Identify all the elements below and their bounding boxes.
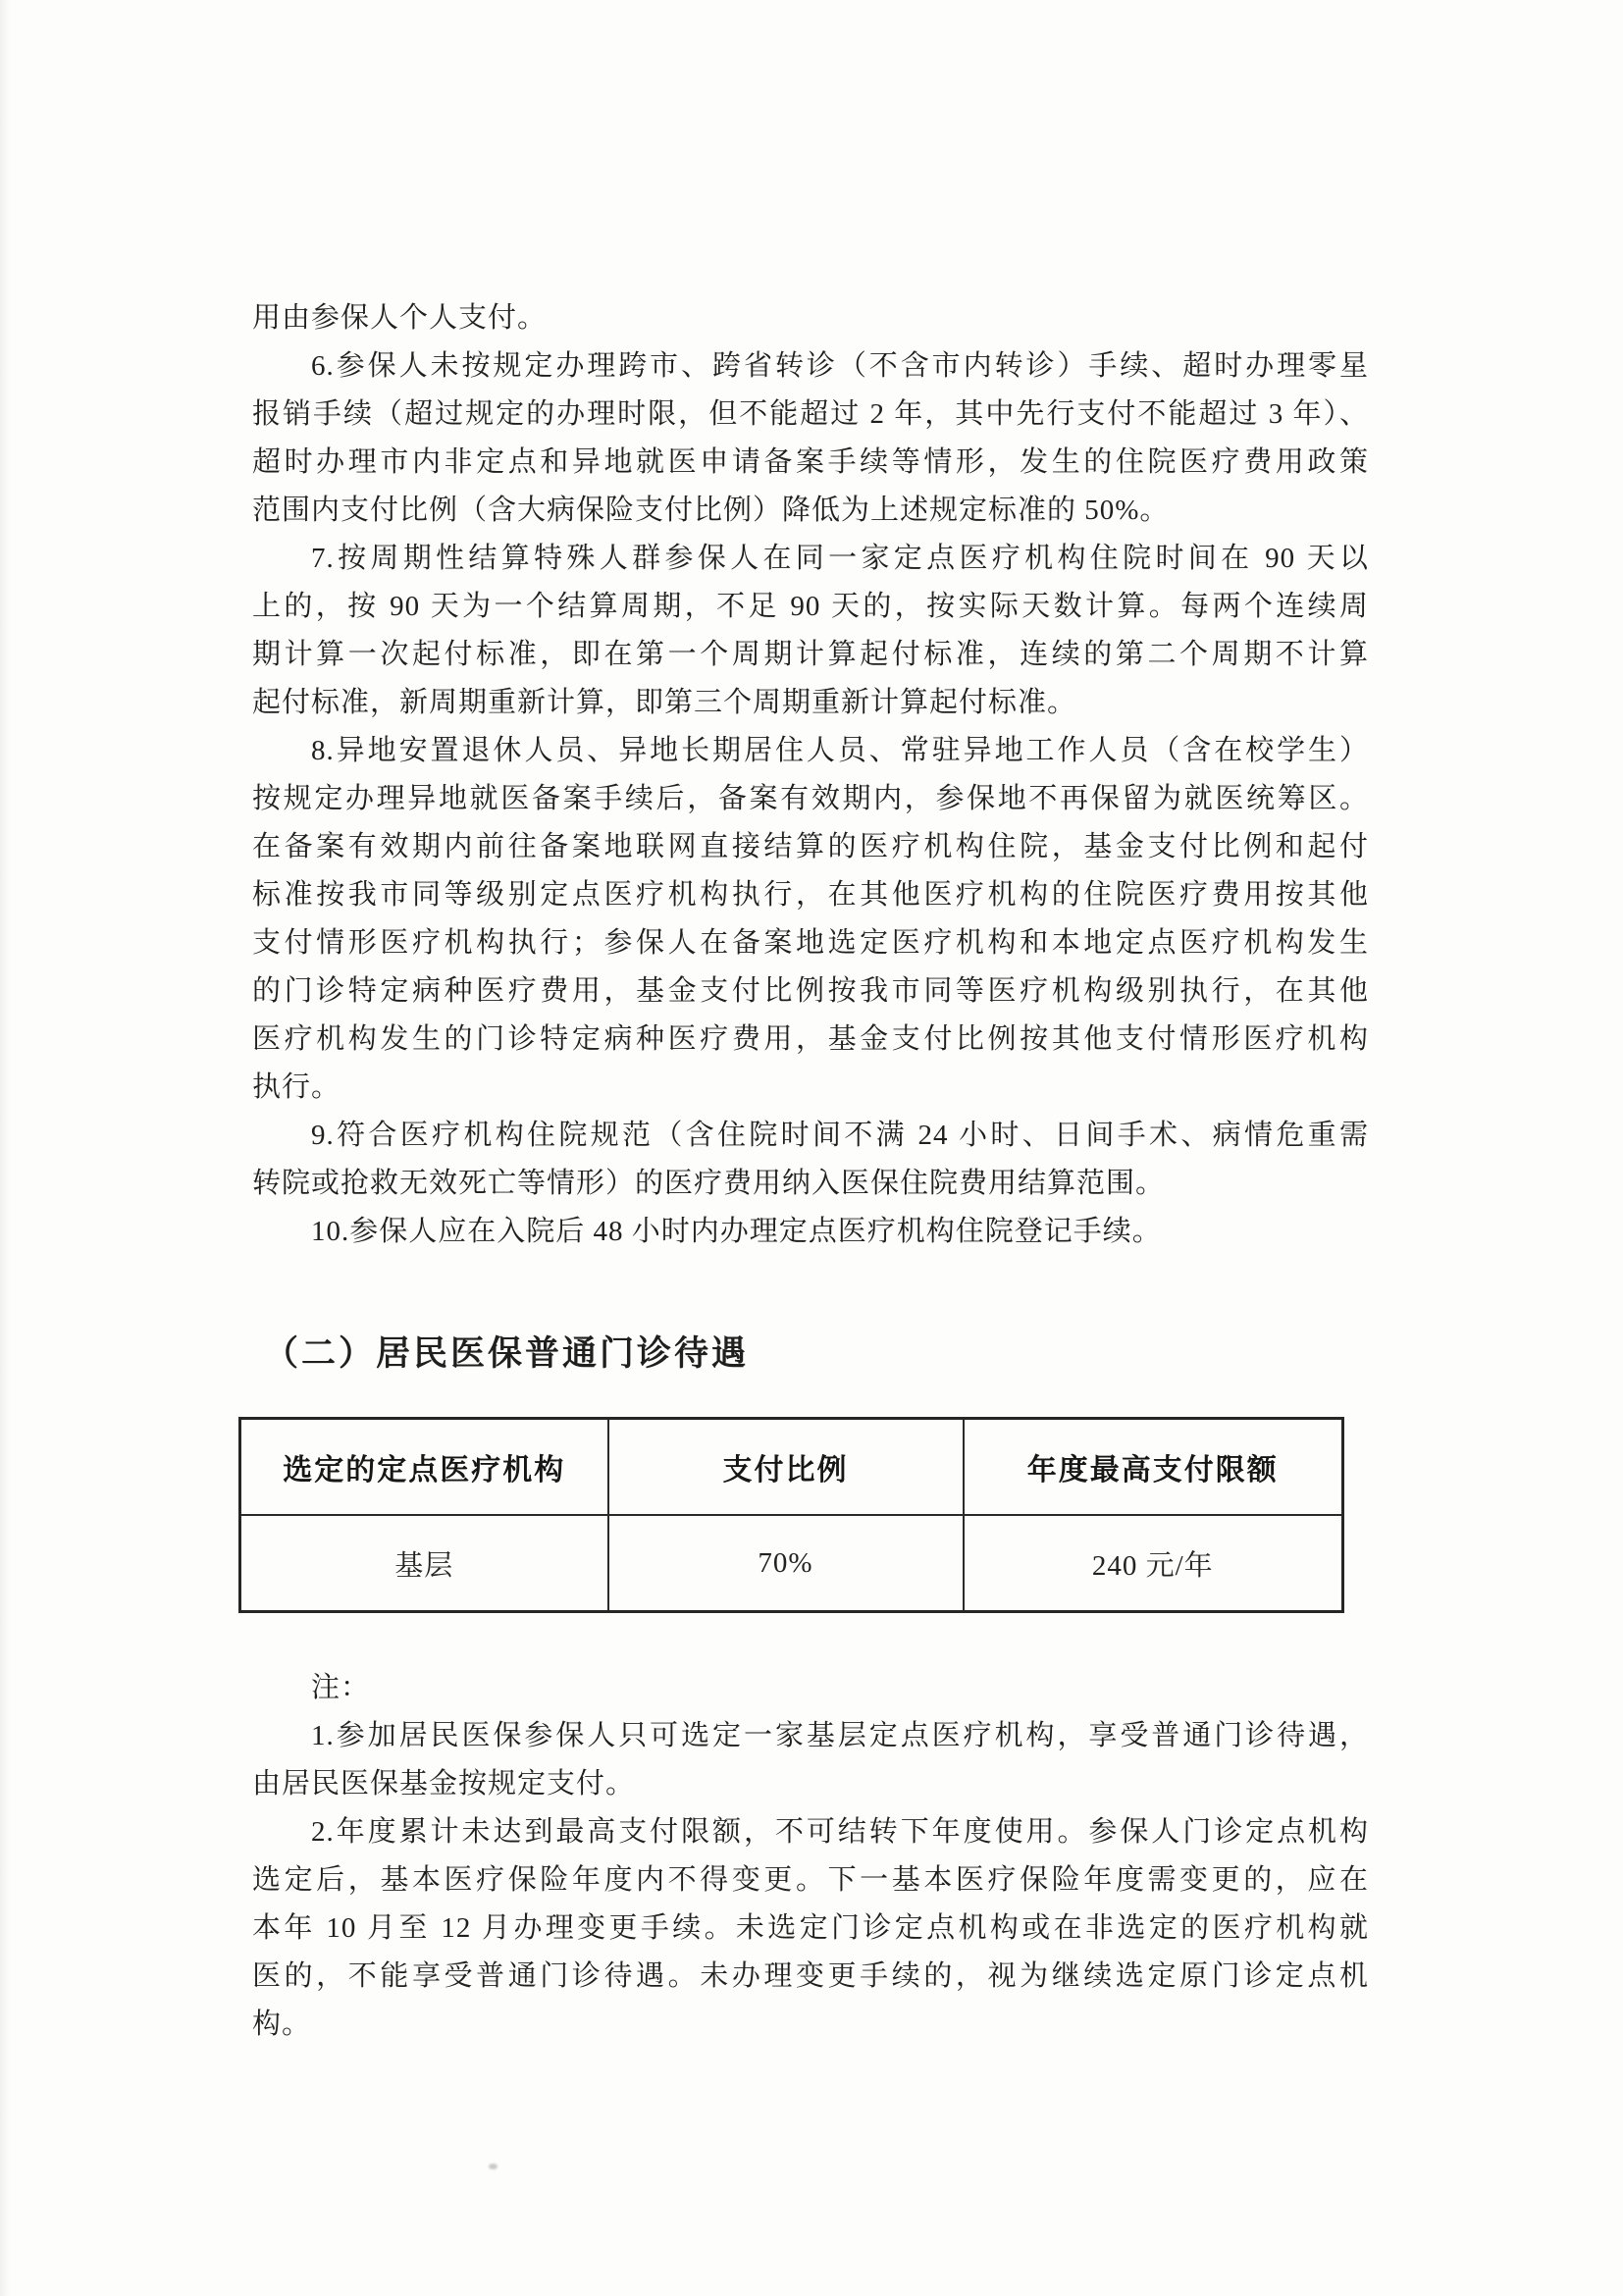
text-line: 医疗机构发生的门诊特定病种医疗费用，基金支付比例按其他支付情形医疗机构: [252, 1016, 1369, 1064]
benefits-table: 选定的定点医疗机构 支付比例 年度最高支付限额 基层 70% 240 元/年: [238, 1417, 1344, 1613]
note-line: 由居民医保基金按规定支付。: [252, 1760, 1369, 1808]
text-line: 标准按我市同等级别定点医疗机构执行，在其他医疗机构的住院医疗费用按其他: [252, 871, 1369, 919]
text-line: 期计算一次起付标准，即在第一个周期计算起付标准，连续的第二个周期不计算: [252, 631, 1369, 679]
text-line: 6.参保人未按规定办理跨市、跨省转诊（不含市内转诊）手续、超时办理零星: [252, 342, 1369, 391]
note-line: 2.年度累计未达到最高支付限额，不可结转下年度使用。参保人门诊定点机构: [252, 1808, 1369, 1856]
scan-speck: [489, 2164, 497, 2169]
note-line: 医的，不能享受普通门诊待遇。未办理变更手续的，视为继续选定原门诊定点机: [252, 1953, 1369, 2001]
text-line: 起付标准，新周期重新计算，即第三个周期重新计算起付标准。: [252, 679, 1369, 727]
document-page: 用由参保人个人支付。 6.参保人未按规定办理跨市、跨省转诊（不含市内转诊）手续、…: [0, 0, 1623, 2296]
cell-institution: 基层: [240, 1515, 608, 1612]
text-line: 在备案有效期内前往备案地联网直接结算的医疗机构住院，基金支付比例和起付: [252, 823, 1369, 871]
text-line: 7.按周期性结算特殊人群参保人在同一家定点医疗机构住院时间在 90 天以: [252, 535, 1369, 583]
table-row: 基层 70% 240 元/年: [240, 1515, 1343, 1612]
table-header-annual-limit: 年度最高支付限额: [964, 1419, 1343, 1516]
note-line: 构。: [252, 2001, 1369, 2049]
note-line: 注：: [252, 1664, 1369, 1712]
page-content: 用由参保人个人支付。 6.参保人未按规定办理跨市、跨省转诊（不含市内转诊）手续、…: [252, 294, 1369, 2049]
table-header-pay-ratio: 支付比例: [608, 1419, 964, 1516]
table-header-institution: 选定的定点医疗机构: [240, 1419, 608, 1516]
text-line: 转院或抢救无效死亡等情形）的医疗费用纳入医保住院费用结算范围。: [252, 1160, 1369, 1208]
text-line: 支付情形医疗机构执行；参保人在备案地选定医疗机构和本地定点医疗机构发生: [252, 919, 1369, 967]
text-line: 10.参保人应在入院后 48 小时内办理定点医疗机构住院登记手续。: [252, 1208, 1369, 1256]
notes-section: 注： 1.参加居民医保参保人只可选定一家基层定点医疗机构，享受普通门诊待遇， 由…: [252, 1664, 1369, 2049]
body-paragraphs: 用由参保人个人支付。 6.参保人未按规定办理跨市、跨省转诊（不含市内转诊）手续、…: [252, 294, 1369, 1256]
note-line: 1.参加居民医保参保人只可选定一家基层定点医疗机构，享受普通门诊待遇，: [252, 1712, 1369, 1760]
table-header-row: 选定的定点医疗机构 支付比例 年度最高支付限额: [240, 1419, 1343, 1516]
text-line: 范围内支付比例（含大病保险支付比例）降低为上述规定标准的 50%。: [252, 487, 1369, 535]
note-line: 选定后，基本医疗保险年度内不得变更。下一基本医疗保险年度需变更的，应在: [252, 1856, 1369, 1905]
cell-annual-limit: 240 元/年: [964, 1515, 1343, 1612]
text-line: 8.异地安置退休人员、异地长期居住人员、常驻异地工作人员（含在校学生）: [252, 727, 1369, 775]
text-line: 上的，按 90 天为一个结算周期，不足 90 天的，按实际天数计算。每两个连续周: [252, 583, 1369, 631]
text-line: 按规定办理异地就医备案手续后，备案有效期内，参保地不再保留为就医统筹区。: [252, 775, 1369, 823]
text-line: 用由参保人个人支付。: [252, 294, 1369, 342]
note-line: 本年 10 月至 12 月办理变更手续。未选定门诊定点机构或在非选定的医疗机构就: [252, 1905, 1369, 1953]
text-line: 的门诊特定病种医疗费用，基金支付比例按我市同等医疗机构级别执行，在其他: [252, 967, 1369, 1016]
text-line: 执行。: [252, 1064, 1369, 1112]
cell-pay-ratio: 70%: [608, 1515, 964, 1612]
text-line: 9.符合医疗机构住院规范（含住院时间不满 24 小时、日间手术、病情危重需: [252, 1112, 1369, 1160]
text-line: 超时办理市内非定点和异地就医申请备案手续等情形，发生的住院医疗费用政策: [252, 439, 1369, 487]
section-heading: （二）居民医保普通门诊待遇: [264, 1330, 1369, 1379]
text-line: 报销手续（超过规定的办理时限，但不能超过 2 年，其中先行支付不能超过 3 年）…: [252, 391, 1369, 439]
